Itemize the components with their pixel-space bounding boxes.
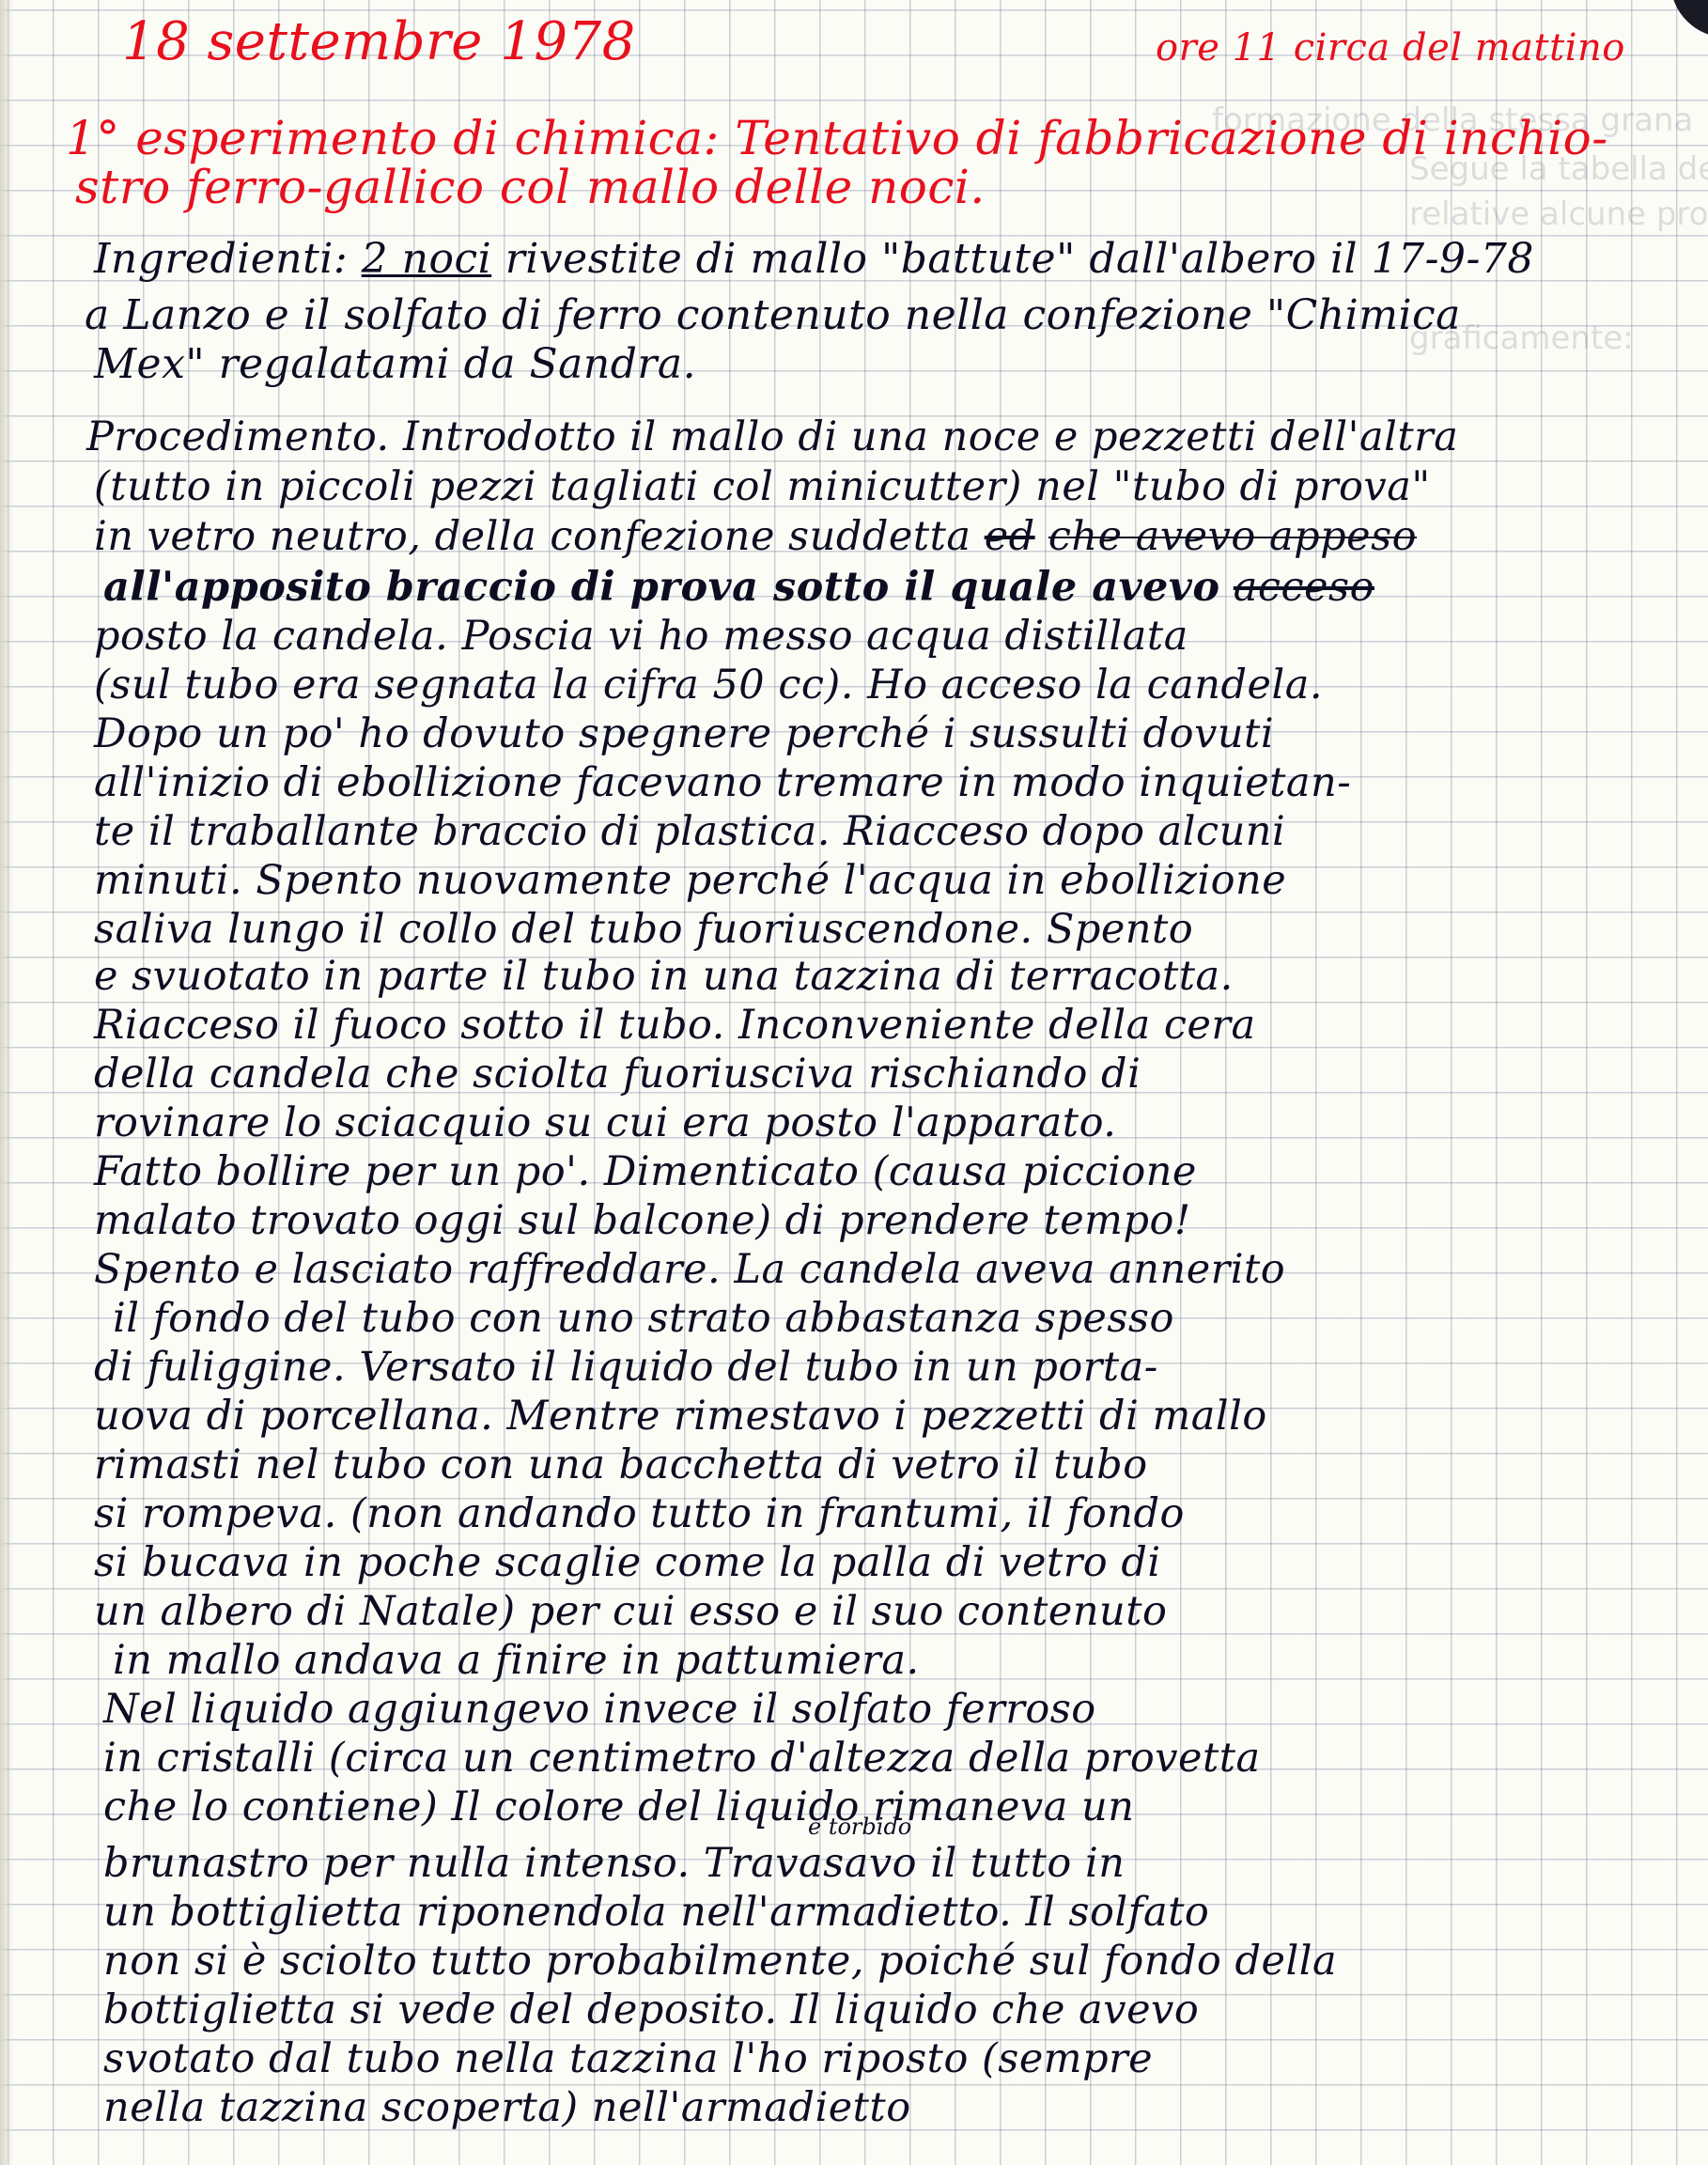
procedure-line-text: in vetro neutro, della confezione suddet… xyxy=(94,513,971,560)
procedure-line: in vetro neutro, della confezione suddet… xyxy=(94,513,1417,560)
procedure-line-text: all'apposito braccio di prova sotto il q… xyxy=(103,564,1220,611)
procedure-line: rovinare lo sciacquio su cui era posto l… xyxy=(94,1099,1116,1146)
procedure-line: (sul tubo era segnata la cifra 50 cc). H… xyxy=(94,662,1323,709)
procedure-line: minuti. Spento nuovamente perché l'acqua… xyxy=(94,857,1286,904)
ingredients-line-3: Mex" regalatami da Sandra. xyxy=(94,340,696,388)
struck-phrase: che avevo appeso xyxy=(1048,513,1417,560)
inserted-annotation: e torbido xyxy=(808,1814,911,1840)
procedure-line: malato trovato oggi sul balcone) di pren… xyxy=(94,1197,1191,1244)
procedure-line: svotato dal tubo nella tazzina l'ho ripo… xyxy=(103,2035,1153,2082)
entry-date: 18 settembre 1978 xyxy=(122,11,636,72)
procedure-line: Riacceso il fuoco sotto il tubo. Inconve… xyxy=(94,1002,1256,1049)
ingredients-quantity: 2 noci xyxy=(362,235,492,283)
entry-time: ore 11 circa del mattino xyxy=(1156,26,1625,70)
procedure-line: si rompeva. (non andando tutto in frantu… xyxy=(94,1490,1185,1537)
procedure-line: e svuotato in parte il tubo in una tazzi… xyxy=(94,953,1234,1000)
procedure-line: Dopo un po' ho dovuto spegnere perché i … xyxy=(94,710,1274,757)
procedure-line: (tutto in piccoli pezzi tagliati col min… xyxy=(94,463,1431,510)
procedure-line: Nel liquido aggiungevo invece il solfato… xyxy=(103,1686,1096,1733)
notebook-page: formazione della stessa grana Segue la t… xyxy=(0,0,1708,2165)
procedure-line: brunastro per nulla intenso. Travasavo i… xyxy=(103,1840,1125,1887)
procedure-line: posto la candela. Poscia vi ho messo acq… xyxy=(94,613,1188,660)
procedure-line: rimasti nel tubo con una bacchetta di ve… xyxy=(94,1441,1148,1488)
procedure-line: all'apposito braccio di prova sotto il q… xyxy=(103,564,1374,611)
procedure-line: di fuliggine. Versato il liquido del tub… xyxy=(94,1344,1158,1391)
page-binding-edge xyxy=(0,0,13,2165)
procedure-line: nella tazzina scoperta) nell'armadietto xyxy=(103,2084,911,2131)
experiment-heading-line-2: stro ferro-gallico col mallo delle noci. xyxy=(75,160,986,214)
procedure-line: uova di porcellana. Mentre rimestavo i p… xyxy=(94,1393,1267,1440)
page-corner-shadow xyxy=(1670,0,1708,38)
struck-word: acceso xyxy=(1234,564,1374,611)
procedure-line: Fatto bollire per un po'. Dimenticato (c… xyxy=(94,1148,1197,1195)
ingredients-line-1-rest: rivestite di mallo "battute" dall'albero… xyxy=(505,235,1534,283)
procedure-line: che lo contiene) Il colore del liquido r… xyxy=(103,1783,1134,1830)
bleed-through-text: relative alcune prove xyxy=(1409,195,1708,233)
struck-word: ed xyxy=(985,513,1035,560)
procedure-line: Procedimento. Introdotto il mallo di una… xyxy=(86,413,1458,460)
ingredients-label: Ingredienti: xyxy=(94,235,348,283)
procedure-line: Spento e lasciato raffreddare. La candel… xyxy=(94,1246,1285,1293)
procedure-line: non si è sciolto tutto probabilmente, po… xyxy=(103,1938,1337,1985)
procedure-line: si bucava in poche scaglie come la palla… xyxy=(94,1539,1161,1586)
ingredients-line-2: a Lanzo e il solfato di ferro contenuto … xyxy=(85,291,1461,339)
procedure-line: in mallo andava a finire in pattumiera. xyxy=(113,1637,920,1684)
ingredients-line-1: Ingredienti: 2 noci rivestite di mallo "… xyxy=(94,235,1534,283)
experiment-heading-line-1: 1° esperimento di chimica: Tentativo di … xyxy=(66,111,1608,165)
procedure-line: il fondo del tubo con uno strato abbasta… xyxy=(113,1295,1174,1342)
procedure-line: della candela che sciolta fuoriusciva ri… xyxy=(94,1051,1141,1098)
procedure-line: bottiglietta si vede del deposito. Il li… xyxy=(103,1986,1199,2033)
procedure-line: saliva lungo il collo del tubo fuoriusce… xyxy=(94,906,1193,953)
procedure-line: un albero di Natale) per cui esso e il s… xyxy=(94,1588,1167,1635)
procedure-line: all'inizio di ebollizione facevano trema… xyxy=(94,759,1351,806)
procedure-line: in cristalli (circa un centimetro d'alte… xyxy=(103,1735,1261,1782)
procedure-line: te il traballante braccio di plastica. R… xyxy=(94,808,1285,855)
procedure-line: un bottiglietta riponendola nell'armadie… xyxy=(103,1889,1209,1936)
